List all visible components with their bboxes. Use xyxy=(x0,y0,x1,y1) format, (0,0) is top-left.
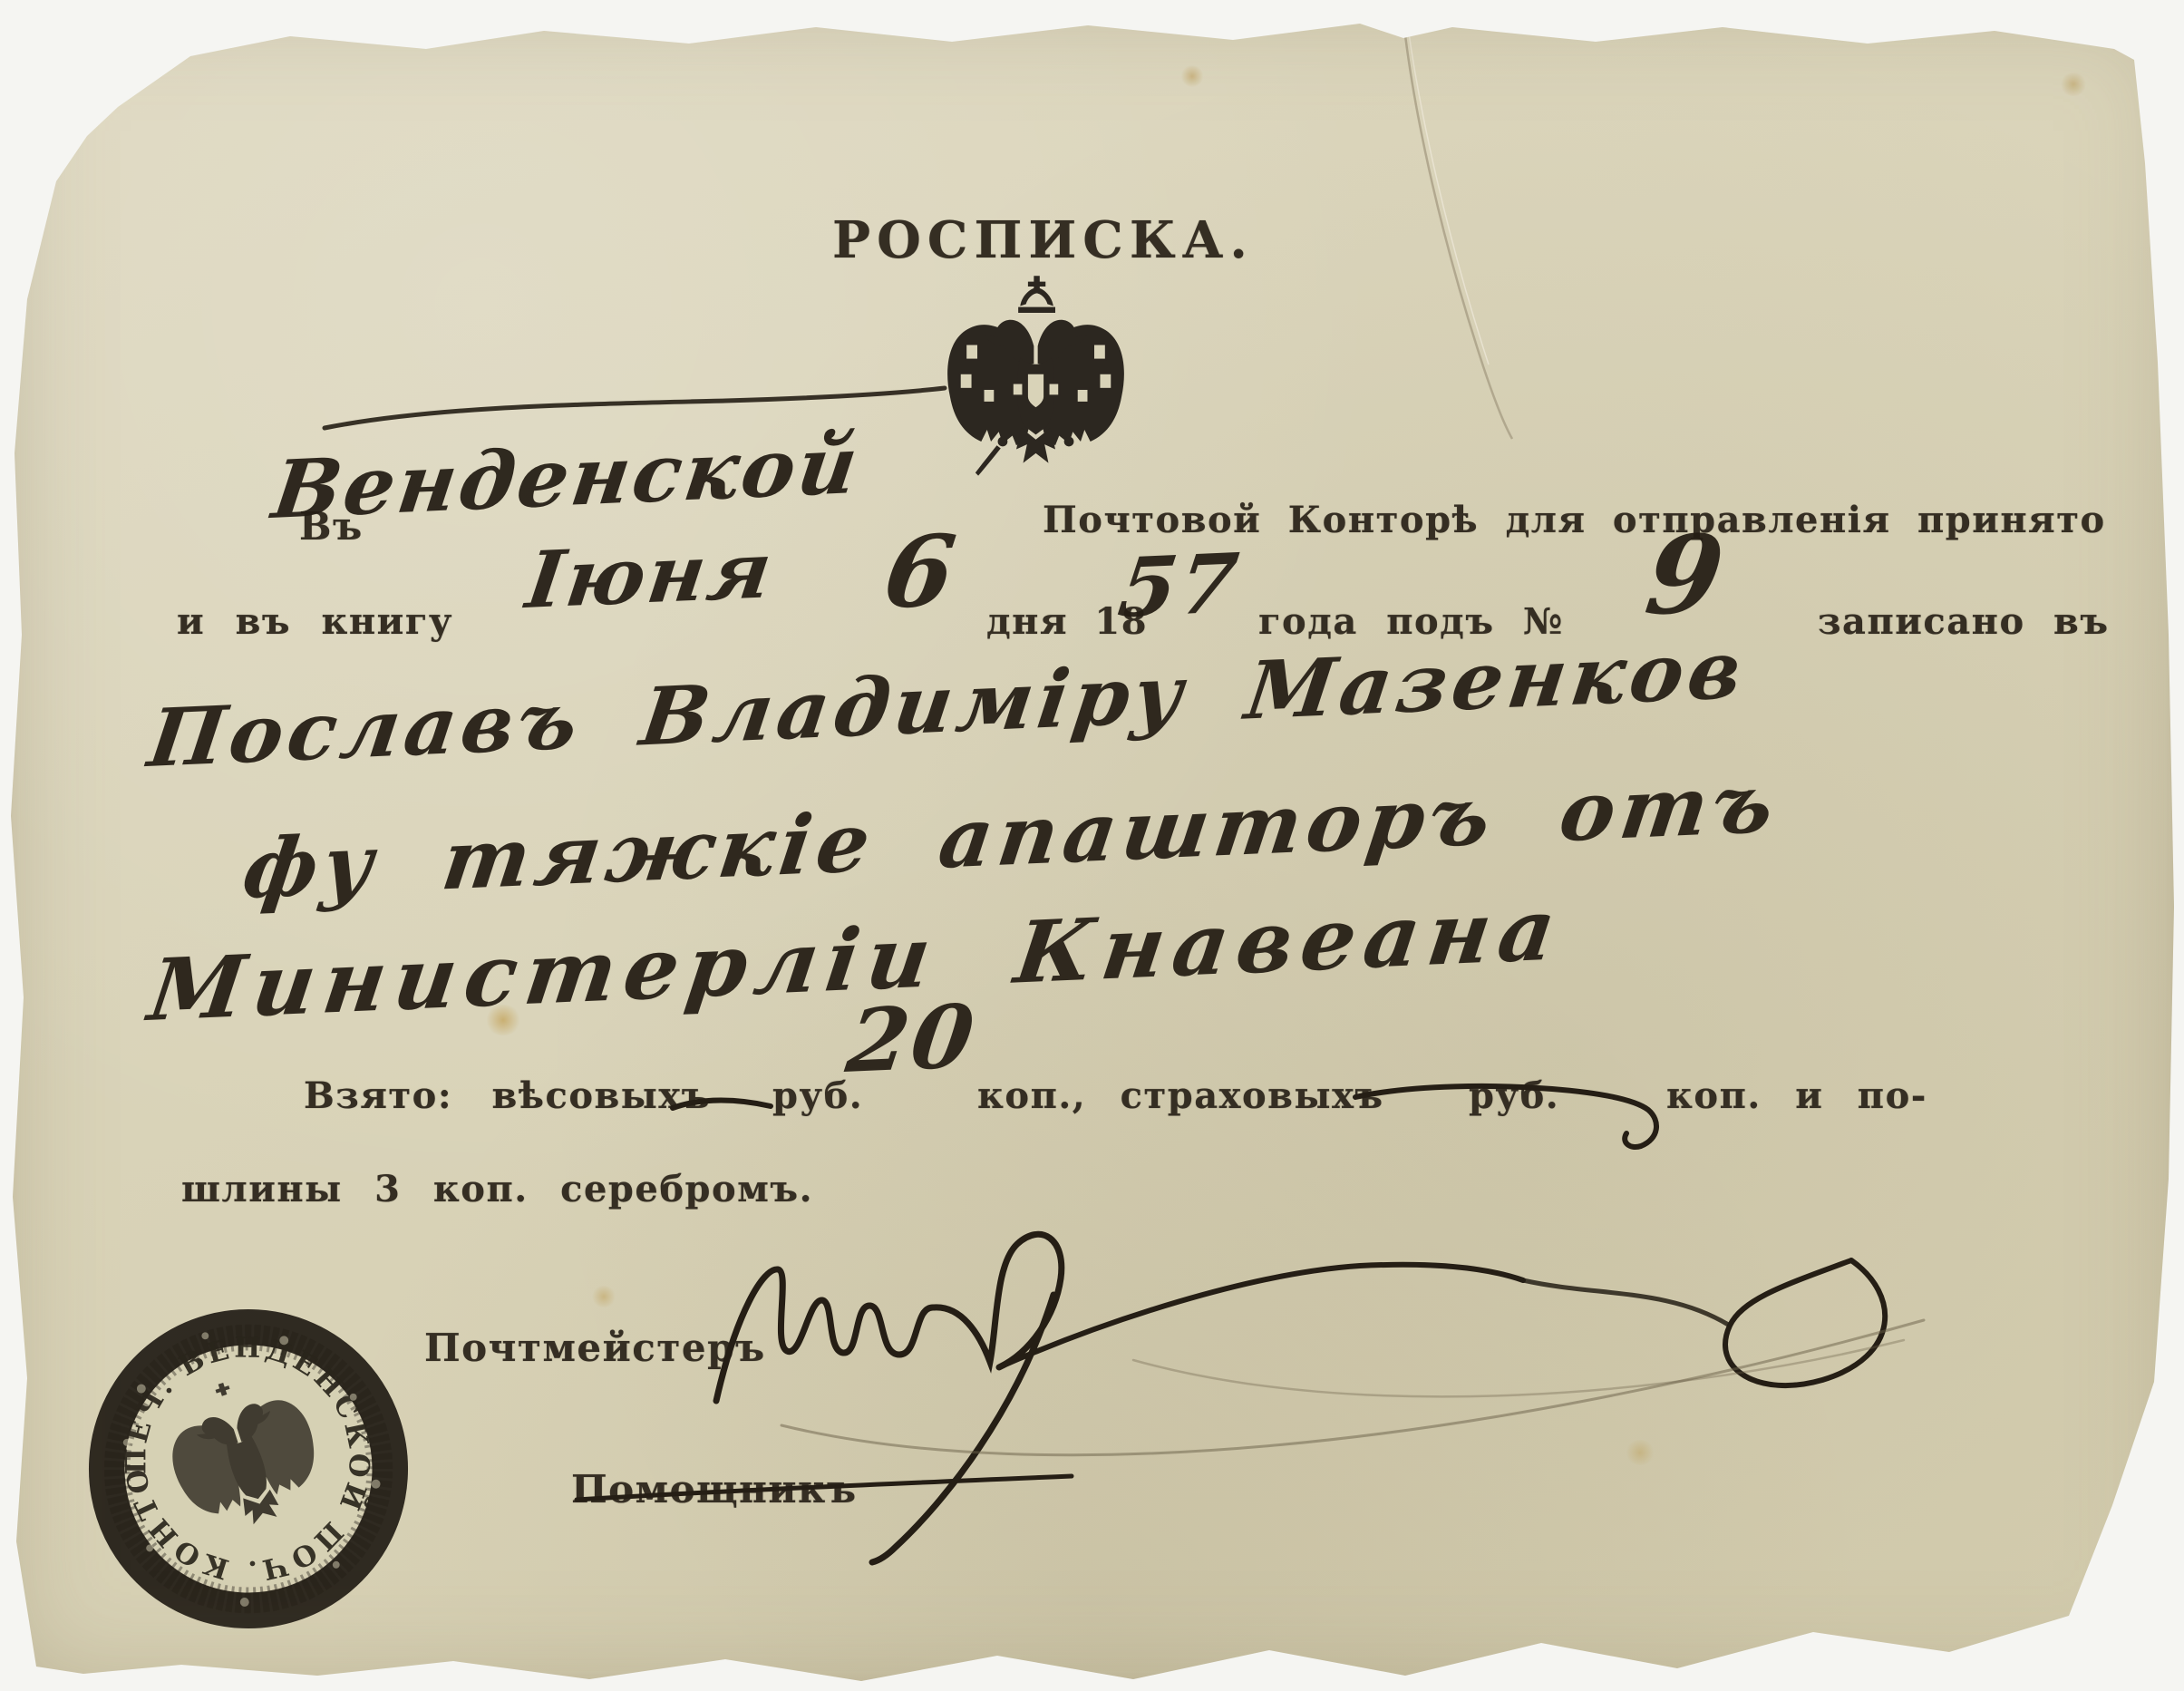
office-place-handwritten: Венденской xyxy=(267,417,866,537)
scanned-receipt-page: { "title": "РОСПИСКА.", "line_office": {… xyxy=(0,0,2184,1691)
book-line-prefix: и въ книгу xyxy=(177,600,453,643)
book-line-suffix: записано въ xyxy=(1818,600,2110,643)
office-line-text: Почтовой Конторѣ для отправленія принято xyxy=(1043,499,2106,541)
paper-stain xyxy=(1180,65,1204,87)
paper-crease xyxy=(1407,20,1489,364)
entry-number-handwritten: 9 xyxy=(1639,510,1733,639)
receipt-paper: РОСПИСКА. xyxy=(0,0,2184,1691)
body-handwritten-line1: Пославъ Владиміру Мазенков xyxy=(143,622,1752,785)
fees-mid: коп., страховыхъ xyxy=(977,1074,1384,1117)
paper-stain xyxy=(2060,73,2087,96)
pencil-flourish xyxy=(781,1320,1924,1455)
crown-icon xyxy=(1018,287,1055,313)
paper-stain xyxy=(1625,1440,1655,1465)
imperial-eagle-emblem xyxy=(938,274,1133,481)
fees-second-line: шлины 3 коп. серебромъ. xyxy=(181,1168,813,1210)
fees-prefix: Взято: вѣсовыхъ xyxy=(304,1074,711,1117)
postal-seal: ПЕЧ. ВЕНДЕНСКОЙ ПОЧ. КОНТОРЫ xyxy=(45,1266,452,1673)
year-handwritten: 57 xyxy=(1113,535,1246,637)
weight-kopecks-handwritten: 20 xyxy=(841,985,983,1093)
fees-suffix: коп. и по- xyxy=(1666,1074,1927,1117)
month-handwritten: Іюня xyxy=(521,524,780,627)
receipt-title: РОСПИСКА. xyxy=(832,210,1254,270)
postmaster-label: Почтмейстеръ xyxy=(424,1326,766,1370)
fees-rub-label-2: руб. xyxy=(1469,1074,1559,1117)
chest-shield xyxy=(1027,374,1044,409)
paper-stain xyxy=(591,1286,616,1307)
day-handwritten: 6 xyxy=(878,514,964,631)
postmaster-signature xyxy=(716,1234,1885,1562)
assistant-label: Помощникъ xyxy=(571,1467,858,1511)
pencil-flourish xyxy=(1133,1340,1904,1396)
paper-crease xyxy=(1403,20,1512,439)
